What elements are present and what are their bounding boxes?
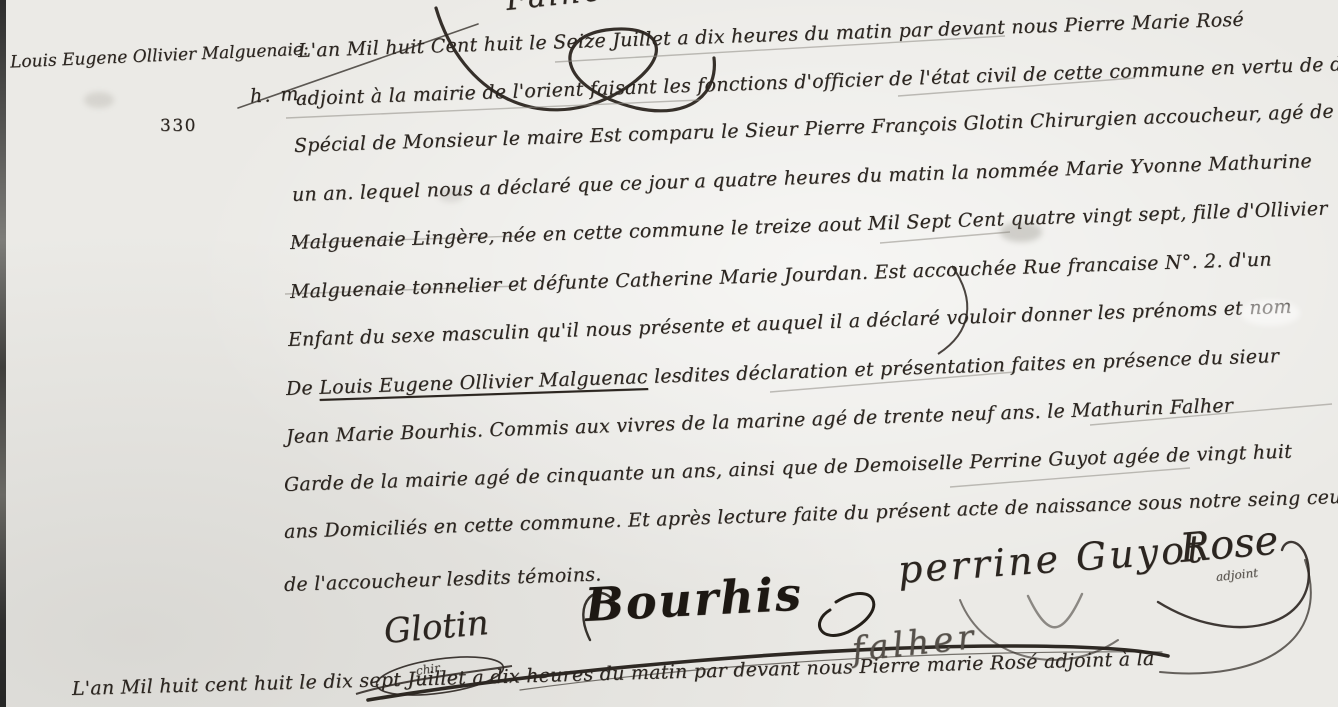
signature-perrine-guyot: perrine Guyot	[896, 527, 1206, 592]
act-text-line: Jean Marie Bourhis. Commis aux vivres de…	[286, 395, 1234, 448]
ink-smudge	[84, 92, 114, 108]
act-text-line: Garde de la mairie agé de cinquante un a…	[284, 441, 1293, 496]
act-text-line: Malguenaie Lingère, née en cette commune…	[290, 198, 1328, 254]
act-text-line: L'an Mil huit Cent huit le Seize Juillet…	[298, 9, 1245, 62]
line8-prefix: De	[286, 377, 320, 400]
register-page: Falher Louis Eugene Ollivier Malguenaie:…	[0, 0, 1338, 707]
act-number: 330	[160, 116, 197, 136]
signature-rose-title: adjoint	[1215, 566, 1258, 584]
margin-child-name: Louis Eugene Ollivier Malguenaie:	[10, 39, 309, 72]
underlined-child-name: Louis Eugene Ollivier Malguenac	[319, 366, 648, 399]
scan-edge-left	[0, 0, 6, 707]
act-text-line: adjoint à la mairie de l'orient faisant …	[296, 50, 1338, 110]
signature-bourhis: Bourhis	[584, 567, 805, 632]
signature-glotin: Glotin	[382, 603, 490, 652]
act-text-line: Spécial de Monsieur le maire Est comparu…	[294, 97, 1338, 157]
ink-smudge	[438, 188, 464, 202]
act-text-line: De Louis Eugene Ollivier Malguenac lesdi…	[286, 345, 1280, 400]
ink-smudge	[1000, 222, 1042, 242]
act-text-line: Malguenaie tonnelier et défunte Catherin…	[290, 248, 1273, 303]
act-text-line: Enfant du sexe masculin qu'il nous prése…	[288, 296, 1292, 351]
previous-act-signature-fragment: Falher	[504, 0, 623, 18]
paper-highlight	[1240, 300, 1300, 326]
signature-rose: Rose	[1178, 518, 1280, 572]
act-text-line: de l'accoucheur lesdits témoins.	[284, 563, 602, 596]
line8-suffix: lesdites déclaration et présentation fai…	[647, 345, 1279, 388]
next-act-fragment: L'an Mil huit cent huit le dix sept Juil…	[72, 648, 1155, 700]
